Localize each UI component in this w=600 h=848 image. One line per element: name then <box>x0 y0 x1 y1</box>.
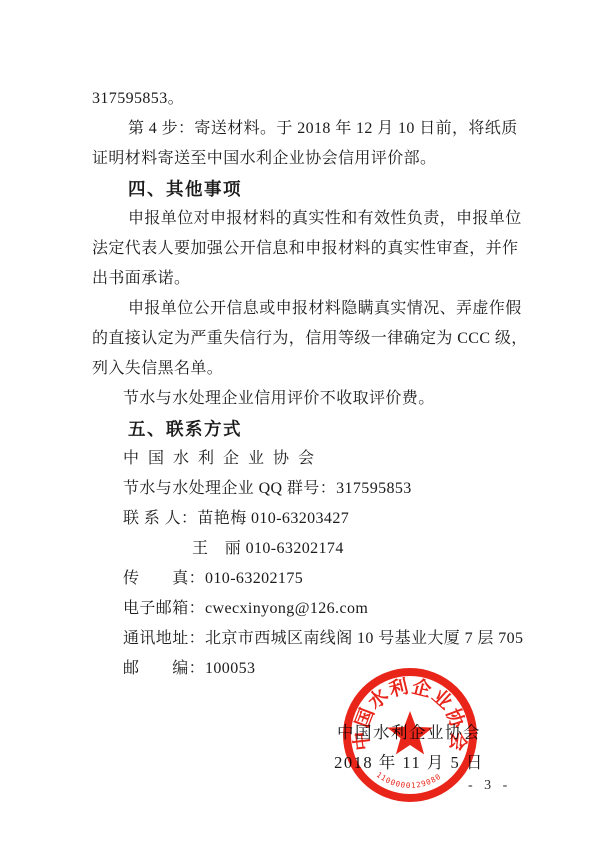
para-dishonesty-2: 的直接认定为严重失信行为，信用等级一律确定为 CCC 级， <box>92 324 508 354</box>
step4-line-1: 第 4 步：寄送材料。于 2018 年 12 月 10 日前，将纸质 <box>92 114 508 144</box>
contact-qq-group: 节水与水处理企业 QQ 群号：317595853 <box>92 474 508 504</box>
para-responsibility-3: 出书面承诺。 <box>92 264 508 294</box>
signature-date: 2018 年 11 月 5 日 <box>328 748 490 778</box>
qq-number-tail: 317595853。 <box>92 84 508 114</box>
heading-contact-info: 五、联系方式 <box>92 414 508 444</box>
para-dishonesty-3: 列入失信黑名单。 <box>92 354 508 384</box>
contact-fax: 传 真：010-63202175 <box>92 564 508 594</box>
step4-line-2: 证明材料寄送至中国水利企业协会信用评价部。 <box>92 144 508 174</box>
page-number: - 3 - <box>468 778 511 794</box>
para-responsibility-1: 申报单位对申报材料的真实性和有效性负责，申报单位 <box>92 204 508 234</box>
heading-other-matters: 四、其他事项 <box>92 174 508 204</box>
signature-block: 中国水利企业协会 2018 年 11 月 5 日 <box>328 718 490 778</box>
contact-zip-code: 邮 编：100053 <box>92 654 508 684</box>
contact-email: 电子邮箱：cwecxinyong@126.com <box>92 594 508 624</box>
para-dishonesty-1: 申报单位公开信息或申报材料隐瞒真实情况、弄虚作假 <box>92 294 508 324</box>
document-page: 317595853。 第 4 步：寄送材料。于 2018 年 12 月 10 日… <box>0 0 600 848</box>
contact-person-2: 王 丽 010-63202174 <box>92 534 508 564</box>
signature-org: 中国水利企业协会 <box>328 718 490 748</box>
document-body: 317595853。 第 4 步：寄送材料。于 2018 年 12 月 10 日… <box>92 84 508 684</box>
para-responsibility-2: 法定代表人要加强公开信息和申报材料的真实性审查，并作 <box>92 234 508 264</box>
contact-org: 中国水利企业协会 <box>92 444 508 474</box>
contact-person-1: 联 系 人：苗艳梅 010-63203427 <box>92 504 508 534</box>
contact-address: 通讯地址：北京市西城区南线阁 10 号基业大厦 7 层 705 <box>92 624 508 654</box>
para-no-fee: 节水与水处理企业信用评价不收取评价费。 <box>92 384 508 414</box>
